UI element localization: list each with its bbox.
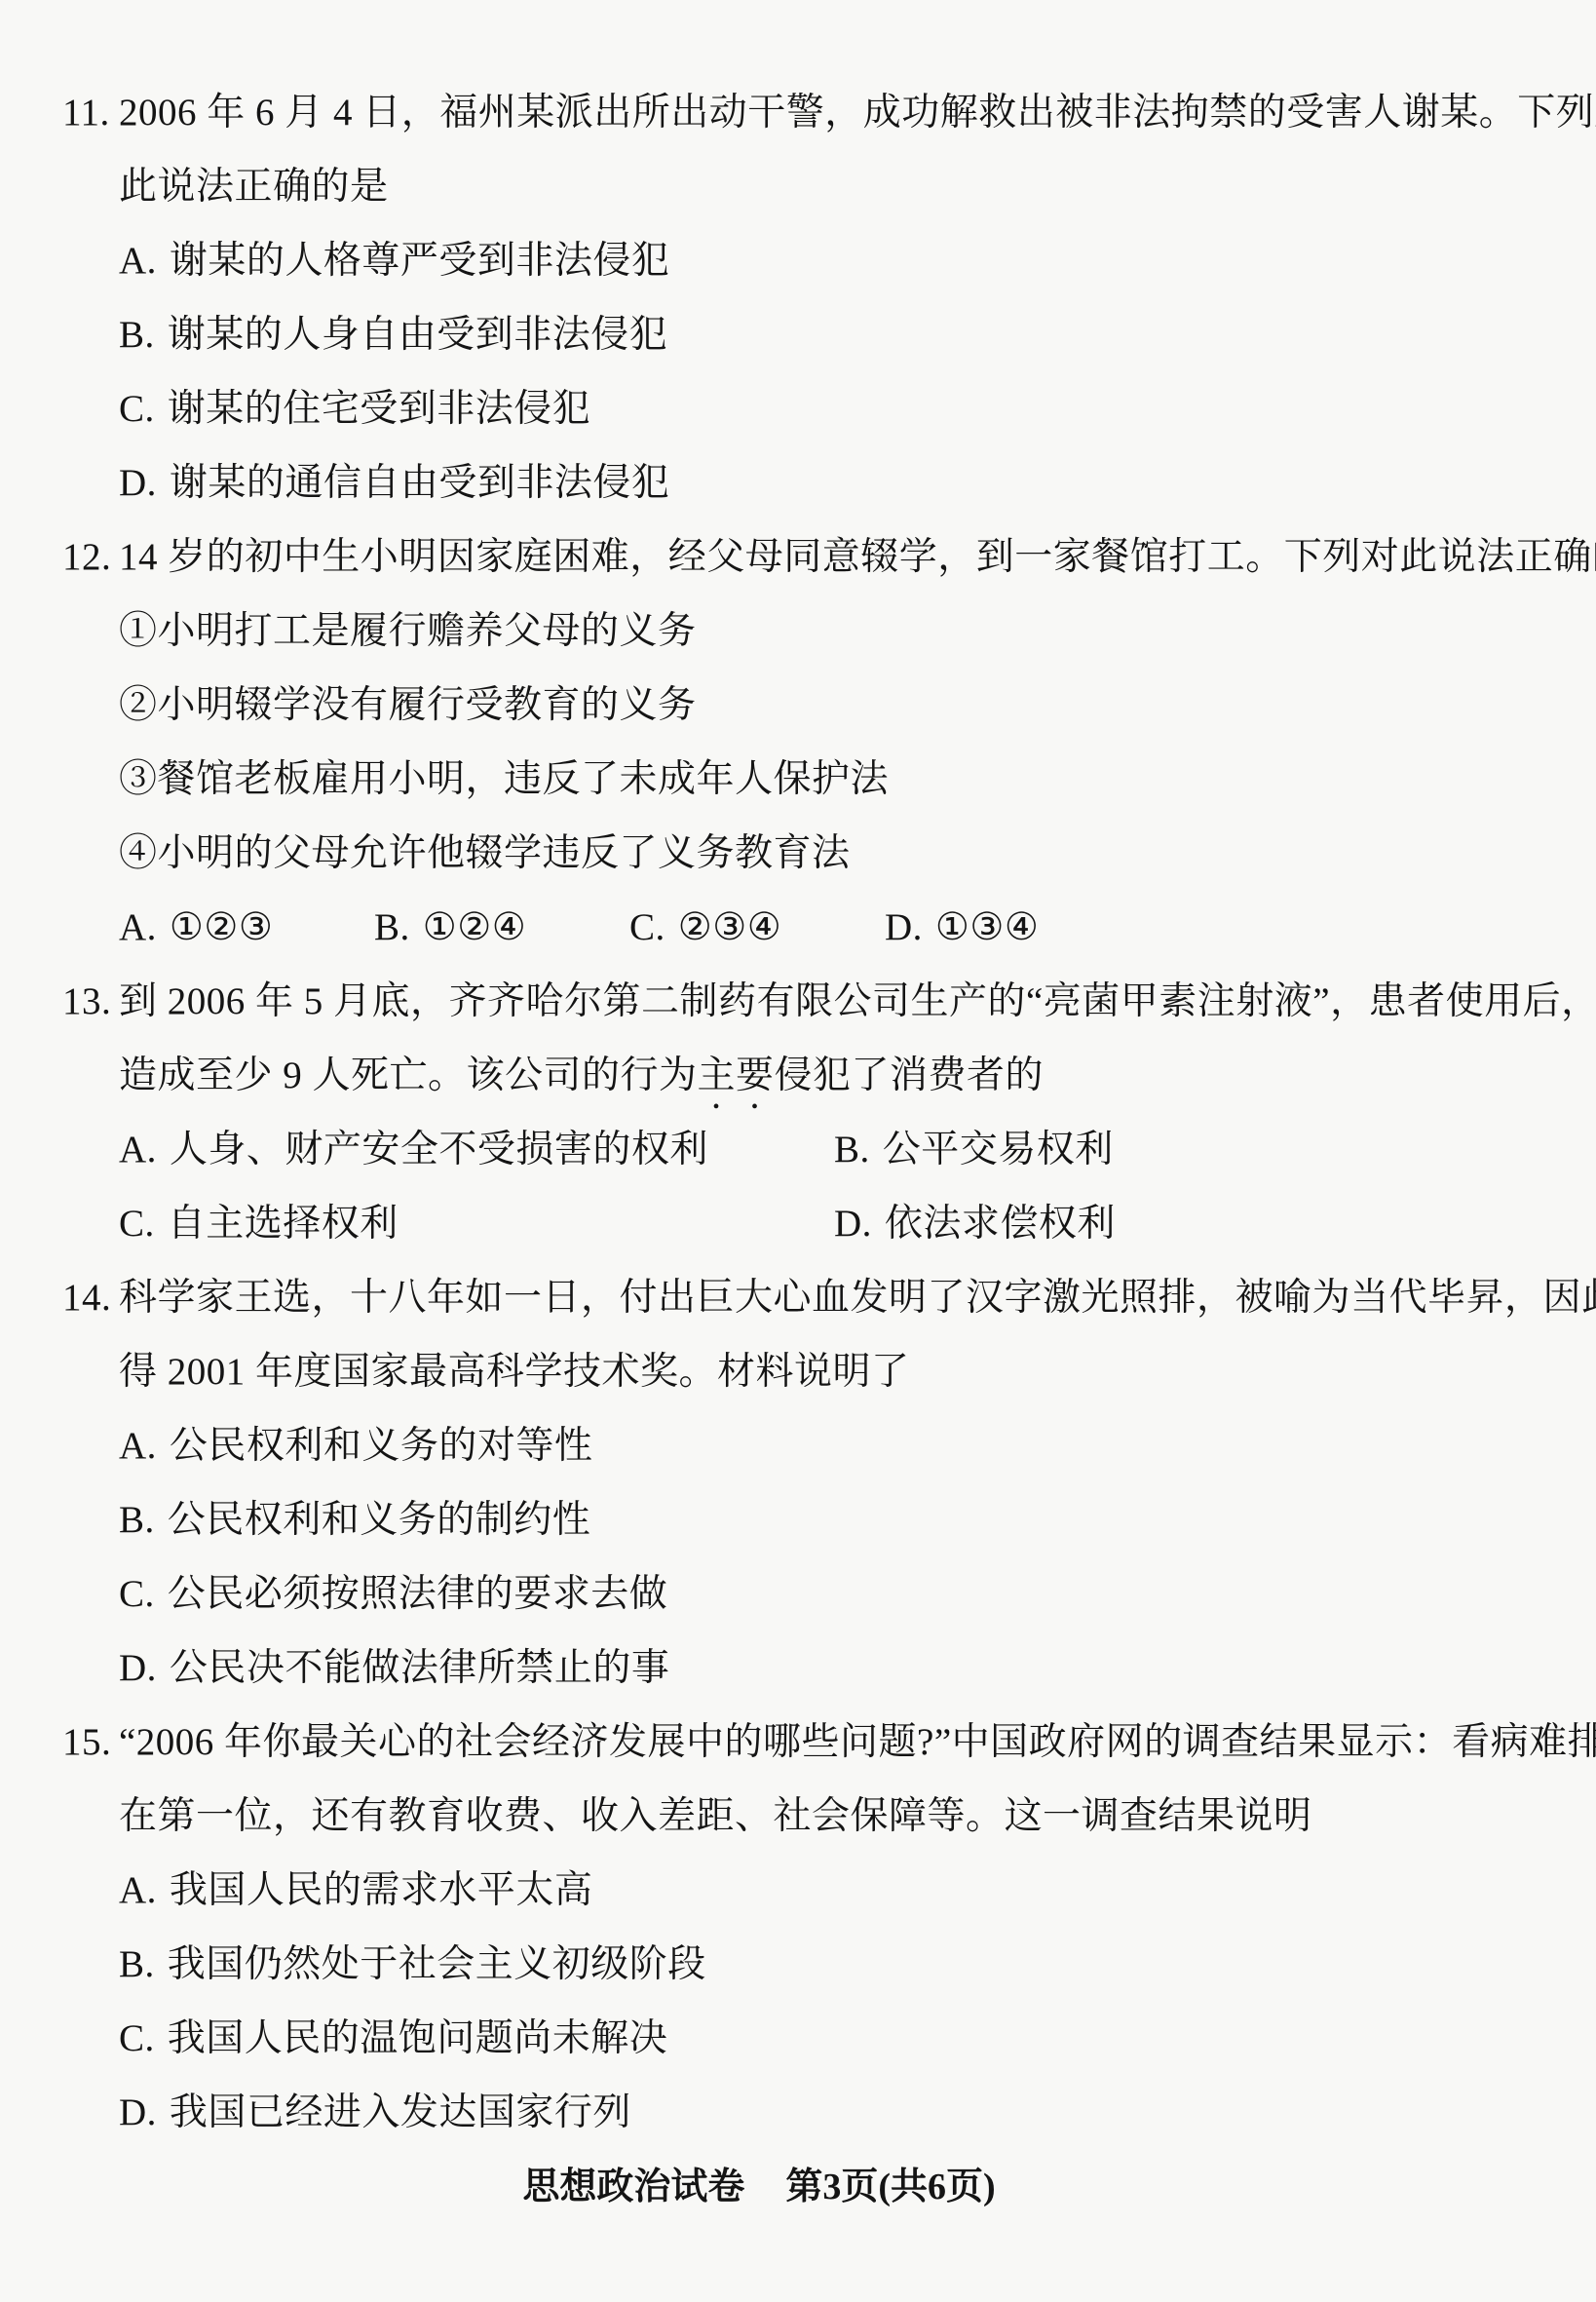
option-label: A. bbox=[119, 1425, 157, 1467]
option-label: C. bbox=[119, 1203, 155, 1245]
options-row-ab: A.人身、财产安全不受损害的权利B.公平交易权利 bbox=[62, 1113, 1543, 1187]
option-label: C. bbox=[119, 2017, 155, 2059]
option-label: C. bbox=[119, 1573, 155, 1615]
option-text: 我国已经进入发达国家行列 bbox=[170, 2091, 631, 2133]
option-d: D.公民决不能做法律所禁止的事 bbox=[62, 1631, 1543, 1706]
exam-content: 11.2006 年 6 月 4 日，福州某派出所出动干警，成功解救出被非法拘禁的… bbox=[62, 76, 1543, 2224]
option-label: B. bbox=[119, 314, 155, 356]
option-b: B.谢某的人身自由受到非法侵犯 bbox=[62, 298, 1543, 372]
option-c: C.公民必须按照法律的要求去做 bbox=[62, 1557, 1543, 1631]
option-text: 谢某的人格尊严受到非法侵犯 bbox=[170, 240, 670, 282]
exam-page: 11.2006 年 6 月 4 日，福州某派出所出动干警，成功解救出被非法拘禁的… bbox=[0, 0, 1596, 2302]
option-label: B. bbox=[834, 1129, 870, 1170]
choice-text: ①③④ bbox=[935, 906, 1039, 948]
question-stem-line: 12.14 岁的初中生小明因家庭困难，经父母同意辍学，到一家餐馆打工。下列对此说… bbox=[62, 520, 1543, 595]
option-b: B.公平交易权利 bbox=[834, 1129, 1114, 1170]
choices-row: A.①②③B.①②④C.②③④D.①③④ bbox=[62, 891, 1543, 965]
option-label: D. bbox=[834, 1203, 872, 1245]
question-stem-line: 11.2006 年 6 月 4 日，福州某派出所出动干警，成功解救出被非法拘禁的… bbox=[62, 76, 1543, 150]
question-number: 12. bbox=[62, 520, 119, 595]
choice-c: C.②③④ bbox=[629, 891, 885, 965]
option-label: D. bbox=[119, 2091, 157, 2133]
option-d: D.谢某的通信自由受到非法侵犯 bbox=[62, 446, 1543, 520]
option-text: 我国人民的需求水平太高 bbox=[170, 1869, 593, 1911]
choice-b: B.①②④ bbox=[374, 891, 629, 965]
option-b: B.公民权利和义务的制约性 bbox=[62, 1483, 1543, 1557]
stem-text: 14 岁的初中生小明因家庭困难，经父母同意辍学，到一家餐馆打工。下列对此说法正确… bbox=[119, 536, 1596, 578]
option-text: 谢某的通信自由受到非法侵犯 bbox=[170, 462, 670, 504]
option-label: D. bbox=[119, 462, 157, 504]
option-label: B. bbox=[119, 1943, 155, 1985]
question-stem-line: 14.科学家王选，十八年如一日，付出巨大心血发明了汉字激光照排，被喻为当代毕昇，… bbox=[62, 1261, 1543, 1335]
statement-item-2: ②小明辍学没有履行受教育的义务 bbox=[62, 669, 1543, 743]
question-stem-line: 15.“2006 年你最关心的社会经济发展中的哪些问题?”中国政府网的调查结果显… bbox=[62, 1706, 1543, 1780]
question-15: 15.“2006 年你最关心的社会经济发展中的哪些问题?”中国政府网的调查结果显… bbox=[62, 1706, 1543, 2150]
stem-text: 2006 年 6 月 4 日，福州某派出所出动干警，成功解救出被非法拘禁的受害人… bbox=[119, 92, 1596, 134]
option-label: C. bbox=[119, 388, 155, 430]
question-number: 14. bbox=[62, 1261, 119, 1335]
option-d: D.我国已经进入发达国家行列 bbox=[62, 2076, 1543, 2150]
option-text: 谢某的住宅受到非法侵犯 bbox=[168, 388, 591, 430]
option-text: 公平交易权利 bbox=[883, 1129, 1114, 1170]
page-number: 第3页(共6页) bbox=[785, 2167, 995, 2207]
stem-text: “2006 年你最关心的社会经济发展中的哪些问题?”中国政府网的调查结果显示：看… bbox=[119, 1721, 1596, 1763]
choice-label: A. bbox=[119, 906, 157, 948]
option-a: A.公民权利和义务的对等性 bbox=[62, 1409, 1543, 1483]
option-text: 自主选择权利 bbox=[168, 1203, 399, 1245]
question-11: 11.2006 年 6 月 4 日，福州某派出所出动干警，成功解救出被非法拘禁的… bbox=[62, 76, 1543, 520]
option-label: B. bbox=[119, 1499, 155, 1541]
question-12: 12.14 岁的初中生小明因家庭困难，经父母同意辍学，到一家餐馆打工。下列对此说… bbox=[62, 520, 1543, 965]
statement-item-4: ④小明的父母允许他辍学违反了义务教育法 bbox=[62, 817, 1543, 891]
option-text: 公民必须按照法律的要求去做 bbox=[168, 1573, 668, 1615]
choice-text: ①②④ bbox=[423, 906, 526, 948]
option-text: 谢某的人身自由受到非法侵犯 bbox=[168, 314, 668, 356]
choice-text: ②③④ bbox=[678, 906, 781, 948]
option-text: 我国人民的温饱问题尚未解决 bbox=[168, 2017, 668, 2059]
page-footer: 思想政治试卷第3页(共6页) bbox=[19, 2150, 1500, 2224]
question-stem-line: 此说法正确的是 bbox=[62, 150, 1543, 224]
option-label: D. bbox=[119, 1647, 157, 1689]
choice-label: B. bbox=[374, 906, 410, 948]
stem-text: 科学家王选，十八年如一日，付出巨大心血发明了汉字激光照排，被喻为当代毕昇，因此获 bbox=[119, 1277, 1596, 1319]
option-d: D.依法求偿权利 bbox=[834, 1203, 1116, 1245]
option-text: 人身、财产安全不受损害的权利 bbox=[170, 1129, 708, 1170]
question-number: 15. bbox=[62, 1706, 119, 1780]
option-a: A.谢某的人格尊严受到非法侵犯 bbox=[62, 224, 1543, 298]
stem-text: 到 2006 年 5 月底，齐齐哈尔第二制药有限公司生产的“亮菌甲素注射液”，患… bbox=[119, 980, 1596, 1022]
question-stem-line: 13.到 2006 年 5 月底，齐齐哈尔第二制药有限公司生产的“亮菌甲素注射液… bbox=[62, 965, 1543, 1039]
option-text: 公民决不能做法律所禁止的事 bbox=[170, 1647, 670, 1689]
statement-item-3: ③餐馆老板雇用小明，违反了未成年人保护法 bbox=[62, 743, 1543, 817]
option-a: A.我国人民的需求水平太高 bbox=[62, 1854, 1543, 1928]
option-c: C.自主选择权利 bbox=[119, 1187, 834, 1261]
question-number: 13. bbox=[62, 965, 119, 1039]
option-text: 公民权利和义务的对等性 bbox=[170, 1425, 593, 1467]
option-label: A. bbox=[119, 240, 157, 282]
option-text: 依法求偿权利 bbox=[885, 1203, 1116, 1245]
option-text: 我国仍然处于社会主义初级阶段 bbox=[168, 1943, 706, 1985]
option-text: 公民权利和义务的制约性 bbox=[168, 1499, 591, 1541]
option-c: C.谢某的住宅受到非法侵犯 bbox=[62, 372, 1543, 446]
statement-item-1: ①小明打工是履行赡养父母的义务 bbox=[62, 595, 1543, 669]
question-14: 14.科学家王选，十八年如一日，付出巨大心血发明了汉字激光照排，被喻为当代毕昇，… bbox=[62, 1261, 1543, 1706]
option-c: C.我国人民的温饱问题尚未解决 bbox=[62, 2002, 1543, 2076]
option-label: A. bbox=[119, 1129, 157, 1170]
question-stem-line: 得 2001 年度国家最高科学技术奖。材料说明了 bbox=[62, 1335, 1543, 1409]
stem-text: 造成至少 9 人死亡。该公司的行为 bbox=[119, 1055, 698, 1096]
choice-a: A.①②③ bbox=[119, 891, 374, 965]
options-row-cd: C.自主选择权利D.依法求偿权利 bbox=[62, 1187, 1543, 1261]
question-stem-line: 在第一位，还有教育收费、收入差距、社会保障等。这一调查结果说明 bbox=[62, 1780, 1543, 1854]
question-number: 11. bbox=[62, 76, 119, 150]
question-13: 13.到 2006 年 5 月底，齐齐哈尔第二制药有限公司生产的“亮菌甲素注射液… bbox=[62, 965, 1543, 1261]
stem-text: 侵犯了消费者的 bbox=[775, 1055, 1045, 1096]
choice-d: D.①③④ bbox=[885, 891, 1039, 965]
option-label: A. bbox=[119, 1869, 157, 1911]
exam-title: 思想政治试卷 bbox=[522, 2167, 744, 2207]
emphasized-text: 主要 bbox=[698, 1055, 775, 1096]
choice-label: D. bbox=[885, 906, 923, 948]
option-b: B.我国仍然处于社会主义初级阶段 bbox=[62, 1928, 1543, 2002]
choice-label: C. bbox=[629, 906, 665, 948]
choice-text: ①②③ bbox=[170, 906, 273, 948]
question-stem-line: 造成至少 9 人死亡。该公司的行为主要侵犯了消费者的 bbox=[62, 1039, 1543, 1113]
option-a: A.人身、财产安全不受损害的权利 bbox=[119, 1113, 834, 1187]
